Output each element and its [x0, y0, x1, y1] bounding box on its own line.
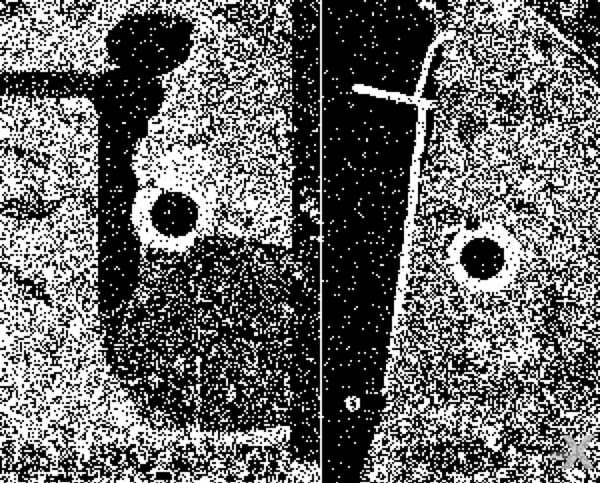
- two-panel-binarized-photo: X: [0, 0, 600, 483]
- dithered-photo-canvas: [0, 0, 600, 483]
